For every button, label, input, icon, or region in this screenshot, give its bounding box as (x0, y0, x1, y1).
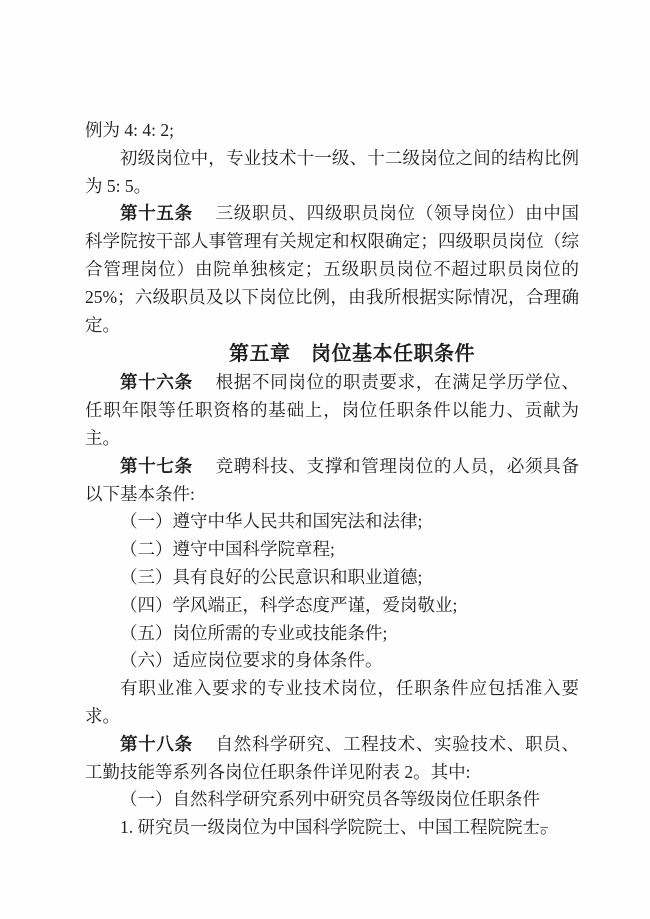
condition-item-1: （一）遵守中华人民共和国宪法和法律; (85, 508, 579, 536)
article-16-paragraph: 第十六条根据不同岗位的职责要求，在满足学历学位、任职年限等任职资格的基础上，岗位… (85, 369, 579, 452)
condition-item-4: （四）学风端正，科学态度严谨，爱岗敬业; (85, 592, 579, 620)
article-15-text: 三级职员、四级职员岗位（领导岗位）由中国科学院按干部人事管理有关规定和权限确定；… (85, 203, 579, 334)
condition-item-6: （六）适应岗位要求的身体条件。 (85, 647, 579, 675)
paragraph-junior-ratio: 初级岗位中，专业技术十一级、十二级岗位之间的结构比例为 5: 5。 (85, 145, 579, 201)
article-17-paragraph: 第十七条竞聘科技、支撑和管理岗位的人员，必须具备以下基本条件: (85, 453, 579, 509)
article-15-paragraph: 第十五条三级职员、四级职员岗位（领导岗位）由中国科学院按干部人事管理有关规定和权… (85, 200, 579, 339)
condition-item-5: （五）岗位所需的专业或技能条件; (85, 620, 579, 648)
condition-item-2: （二）遵守中国科学院章程; (85, 536, 579, 564)
paragraph-access-requirement: 有职业准入要求的专业技术岗位，任职条件应包括准入要求。 (85, 675, 579, 731)
paragraph-researcher-grade1: 1. 研究员一级岗位为中国科学院院士、中国工程院院士。 (85, 814, 579, 842)
article-15-number: 第十五条 (120, 203, 193, 223)
article-18-number: 第十八条 (120, 734, 193, 754)
paragraph-continuation: 例为 4: 4: 2; (85, 117, 579, 145)
paragraph-research-series: （一）自然科学研究系列中研究员各等级岗位任职条件 (85, 786, 579, 814)
body-text: 例为 4: 4: 2; 初级岗位中，专业技术十一级、十二级岗位之间的结构比例为 … (85, 117, 579, 842)
article-17-number: 第十七条 (120, 456, 193, 476)
article-16-number: 第十六条 (120, 372, 193, 392)
page-number: – 7 – (510, 819, 550, 836)
article-18-paragraph: 第十八条自然科学研究、工程技术、实验技术、职员、工勤技能等系列各岗位任职条件详见… (85, 731, 579, 787)
document-page: 例为 4: 4: 2; 初级岗位中，专业技术十一级、十二级岗位之间的结构比例为 … (0, 0, 650, 919)
condition-item-3: （三）具有良好的公民意识和职业道德; (85, 564, 579, 592)
chapter-5-heading: 第五章 岗位基本任职条件 (85, 339, 579, 369)
